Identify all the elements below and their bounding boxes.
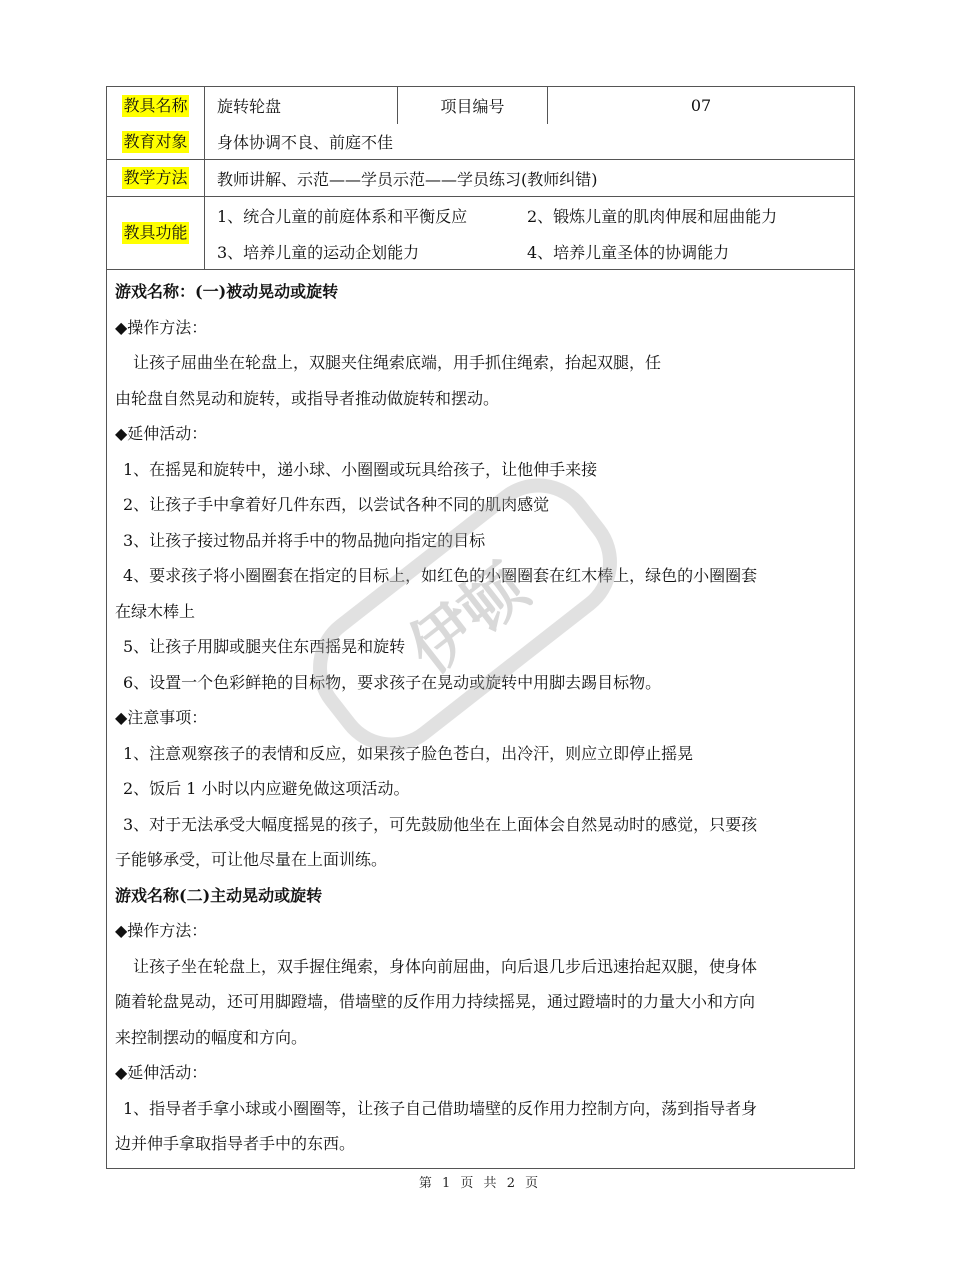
label-cell: 教具名称 xyxy=(107,87,205,124)
game1-operation-text: 让孩子屈曲坐在轮盘上，双腿夹住绳索底端，用手抓住绳索，抬起双腿，任 xyxy=(115,345,846,381)
game1-extension-item: 在绿木棒上 xyxy=(115,594,846,630)
target-value: 身体协调不良、前庭不佳 xyxy=(205,124,854,159)
function-list: 1、统合儿童的前庭体系和平衡反应 2、锻炼儿童的肌肉伸展和屈曲能力 3、培养儿童… xyxy=(205,197,854,269)
equipment-name-label: 教具名称 xyxy=(122,95,188,117)
game1-extension-heading: ◆延伸活动： xyxy=(115,416,846,452)
row-equipment-name: 教具名称 旋转轮盘 项目编号 07 xyxy=(107,87,854,124)
function-label: 教具功能 xyxy=(122,222,188,244)
row-method: 教学方法 教师讲解、示范——学员示范——学员练习(教师纠错) xyxy=(107,160,854,197)
label-cell: 教育对象 xyxy=(107,124,205,159)
game2-operation-heading: ◆操作方法： xyxy=(115,913,846,949)
game2-extension-item: 1、指导者手拿小球或小圈圈等，让孩子自己借助墙壁的反作用力控制方向，荡到指导者身 xyxy=(115,1091,846,1127)
game-content: 游戏名称：(一)被动晃动或旋转 ◆操作方法： 让孩子屈曲坐在轮盘上，双腿夹住绳索… xyxy=(107,270,854,1168)
project-code-value: 07 xyxy=(548,87,854,124)
game1-extension-item: 4、要求孩子将小圈圈套在指定的目标上，如红色的小圈圈套在红木棒上，绿色的小圈圈套 xyxy=(115,558,846,594)
row-functions: 教具功能 1、统合儿童的前庭体系和平衡反应 2、锻炼儿童的肌肉伸展和屈曲能力 3… xyxy=(107,197,854,270)
game1-extension-item: 1、在摇晃和旋转中，递小球、小圈圈或玩具给孩子，让他伸手来接 xyxy=(115,452,846,488)
game1-operation-text: 由轮盘自然晃动和旋转，或指导者推动做旋转和摆动。 xyxy=(115,381,846,417)
game1-note-item: 3、对于无法承受大幅度摇晃的孩子，可先鼓励他坐在上面体会自然晃动时的感觉，只要孩 xyxy=(115,807,846,843)
game1-extension-item: 5、让孩子用脚或腿夹住东西摇晃和旋转 xyxy=(115,629,846,665)
game2-operation-text: 随着轮盘晃动，还可用脚蹬墙，借墙壁的反作用力持续摇晃，通过蹬墙时的力量大小和方向 xyxy=(115,984,846,1020)
game2-extension-item: 边并伸手拿取指导者手中的东西。 xyxy=(115,1126,846,1162)
game1-note-item: 2、饭后 1 小时以内应避免做这项活动。 xyxy=(115,771,846,807)
method-value: 教师讲解、示范——学员示范——学员练习(教师纠错) xyxy=(205,160,854,196)
game1-extension-item: 3、让孩子接过物品并将手中的物品抛向指定的目标 xyxy=(115,523,846,559)
game1-extension-item: 6、设置一个色彩鲜艳的目标物，要求孩子在晃动或旋转中用脚去踢目标物。 xyxy=(115,665,846,701)
equipment-name-value: 旋转轮盘 xyxy=(205,87,398,124)
function-item: 3、培养儿童的运动企划能力 xyxy=(217,240,527,263)
page-footer: 第 1 页 共 2 页 xyxy=(0,1172,960,1191)
label-cell: 教学方法 xyxy=(107,160,205,196)
label-cell: 教具功能 xyxy=(107,197,205,269)
game1-note-item: 子能够承受，可让他尽量在上面训练。 xyxy=(115,842,846,878)
game2-extension-heading: ◆延伸活动： xyxy=(115,1055,846,1091)
lesson-plan-table: 教具名称 旋转轮盘 项目编号 07 教育对象 身体协调不良、前庭不佳 教学方法 … xyxy=(106,86,855,1169)
function-item: 4、培养儿童圣体的协调能力 xyxy=(527,240,854,263)
game1-title: 游戏名称：(一)被动晃动或旋转 xyxy=(115,274,846,310)
function-item: 1、统合儿童的前庭体系和平衡反应 xyxy=(217,204,527,227)
game1-extension-item: 2、让孩子手中拿着好几件东西，以尝试各种不同的肌肉感觉 xyxy=(115,487,846,523)
game1-note-item: 1、注意观察孩子的表情和反应，如果孩子脸色苍白，出冷汗，则应立即停止摇晃 xyxy=(115,736,846,772)
game2-title: 游戏名称(二)主动晃动或旋转 xyxy=(115,878,846,914)
method-label: 教学方法 xyxy=(122,167,188,189)
function-item: 2、锻炼儿童的肌肉伸展和屈曲能力 xyxy=(527,204,854,227)
row-target: 教育对象 身体协调不良、前庭不佳 xyxy=(107,124,854,160)
target-label: 教育对象 xyxy=(122,131,188,153)
game1-operation-heading: ◆操作方法： xyxy=(115,310,846,346)
game1-notes-heading: ◆注意事项： xyxy=(115,700,846,736)
game2-operation-text: 让孩子坐在轮盘上，双手握住绳索，身体向前屈曲，向后退几步后迅速抬起双腿，使身体 xyxy=(115,949,846,985)
game2-operation-text: 来控制摆动的幅度和方向。 xyxy=(115,1020,846,1056)
project-code-label: 项目编号 xyxy=(398,87,548,124)
